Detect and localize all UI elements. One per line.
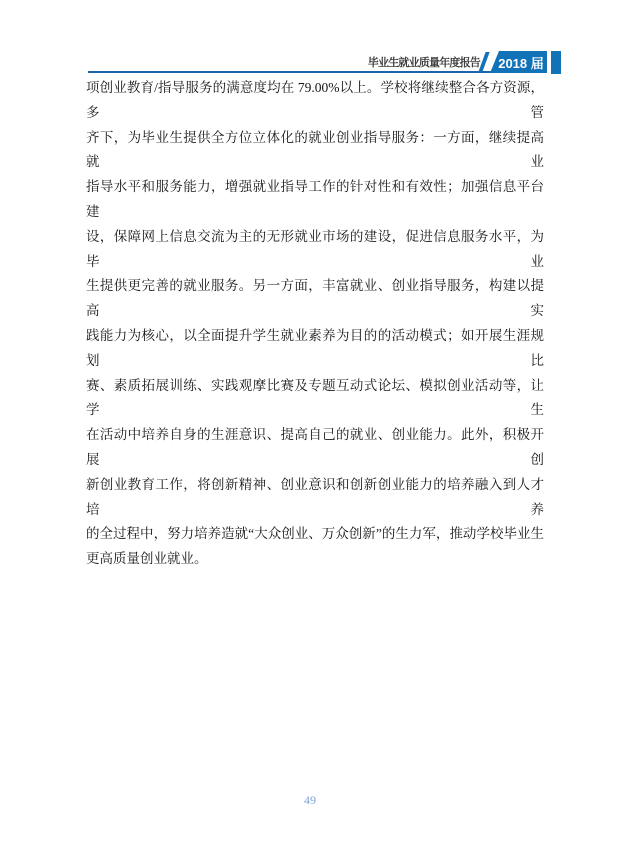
paragraph-line: 的全过程中，努力培养造就“大众创业、万众创新”的生力军，推动学校毕业生 [86,522,544,547]
year-badge-label: 2018 届 [498,53,544,72]
paragraph-line: 指导水平和服务能力，增强就业指导工作的针对性和有效性；加强信息平台建 [86,175,544,225]
paragraph-line: 赛、素质拓展训练、实践观摩比赛及专题互动式论坛、模拟创业活动等，让学生 [86,374,544,424]
report-title: 毕业生就业质量年度报告 [368,57,480,70]
paragraph-line: 齐下，为毕业生提供全方位立体化的就业创业指导服务：一方面，继续提高就业 [86,126,544,176]
accent-bar-icon [551,51,561,74]
paragraph-line: 项创业教育/指导服务的满意度均在 79.00%以上。学校将继续整合各方资源，多管 [86,76,544,126]
page-number: 49 [0,793,620,808]
document-page: 毕业生就业质量年度报告 2018 届 项创业教育/指导服务的满意度均在 79.0… [0,0,620,841]
paragraph-line: 在活动中培养自身的生涯意识、提高自己的就业、创业能力。此外，积极开展创 [86,423,544,473]
slash-icon [478,52,489,72]
paragraph-line: 设，保障网上信息交流为主的无形就业市场的建设，促进信息服务水平，为毕业 [86,225,544,275]
paragraph-line: 更高质量创业就业。 [86,547,544,572]
paragraph-line: 新创业教育工作，将创新精神、创业意识和创新创业能力的培养融入到人才培养 [86,473,544,523]
body-paragraph: 项创业教育/指导服务的满意度均在 79.00%以上。学校将继续整合各方资源，多管… [86,76,544,572]
year-badge: 2018 届 [490,51,547,73]
paragraph-line: 践能力为核心，以全面提升学生就业素养为目的的活动模式；如开展生涯规划比 [86,324,544,374]
paragraph-line: 生提供更完善的就业服务。另一方面，丰富就业、创业指导服务，构建以提高实 [86,274,544,324]
